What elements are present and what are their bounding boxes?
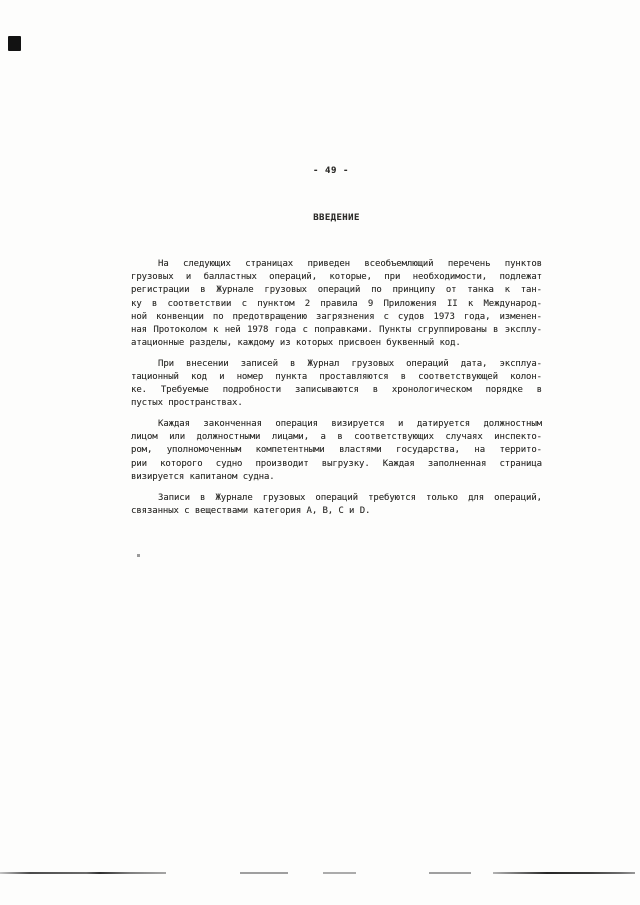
- scan-line-segment: [429, 872, 471, 874]
- text-line: ке. Требуемые подробности записываются в…: [131, 384, 542, 397]
- text-line: пустых пространствах.: [131, 397, 542, 410]
- text-line: лицом или должностными лицами, а в соотв…: [131, 431, 542, 444]
- scan-line-segment: [240, 872, 288, 874]
- text-line: связанных с веществами категория А, В, С…: [131, 505, 542, 518]
- body-text: На следующих страницах приведен всеобъем…: [131, 258, 542, 525]
- scan-line-segment: [323, 872, 356, 874]
- text-line: На следующих страницах приведен всеобъем…: [131, 258, 542, 271]
- page-number: - 49 -: [131, 166, 531, 176]
- paragraph: Каждая законченная операция визируется и…: [131, 418, 542, 484]
- text-line: ку в соответствии с пунктом 2 правила 9 …: [131, 298, 542, 311]
- text-line: ная Протоколом к ней 1978 года с поправк…: [131, 324, 542, 337]
- text-line: ром, уполномоченным компетентными властя…: [131, 444, 542, 457]
- document-page: - 49 - ВВЕДЕНИЕ На следующих страницах п…: [0, 0, 640, 905]
- text-line: регистрации в Журнале грузовых операций …: [131, 284, 542, 297]
- paragraph: При внесении записей в Журнал грузовых о…: [131, 358, 542, 411]
- text-line: атационные разделы, каждому из которых п…: [131, 337, 542, 350]
- text-line: Записи в Журнале грузовых операций требу…: [131, 492, 542, 505]
- scan-artifact-speck: [137, 554, 140, 557]
- text-line: визируется капитаном судна.: [131, 471, 542, 484]
- text-line: Каждая законченная операция визируется и…: [131, 418, 542, 431]
- paragraph: На следующих страницах приведен всеобъем…: [131, 258, 542, 350]
- text-line: При внесении записей в Журнал грузовых о…: [131, 358, 542, 371]
- text-line: ной конвенции по предотвращению загрязне…: [131, 311, 542, 324]
- scan-line-segment: [0, 872, 166, 874]
- scan-line-segment: [493, 872, 635, 874]
- text-line: тационный код и номер пункта проставляют…: [131, 371, 542, 384]
- text-line: грузовых и балластных операций, которые,…: [131, 271, 542, 284]
- text-line: рии которого судно производит выгрузку. …: [131, 458, 542, 471]
- scan-artifact-corner-mark: [8, 36, 21, 51]
- paragraph: Записи в Журнале грузовых операций требу…: [131, 492, 542, 518]
- page-title: ВВЕДЕНИЕ: [131, 213, 542, 223]
